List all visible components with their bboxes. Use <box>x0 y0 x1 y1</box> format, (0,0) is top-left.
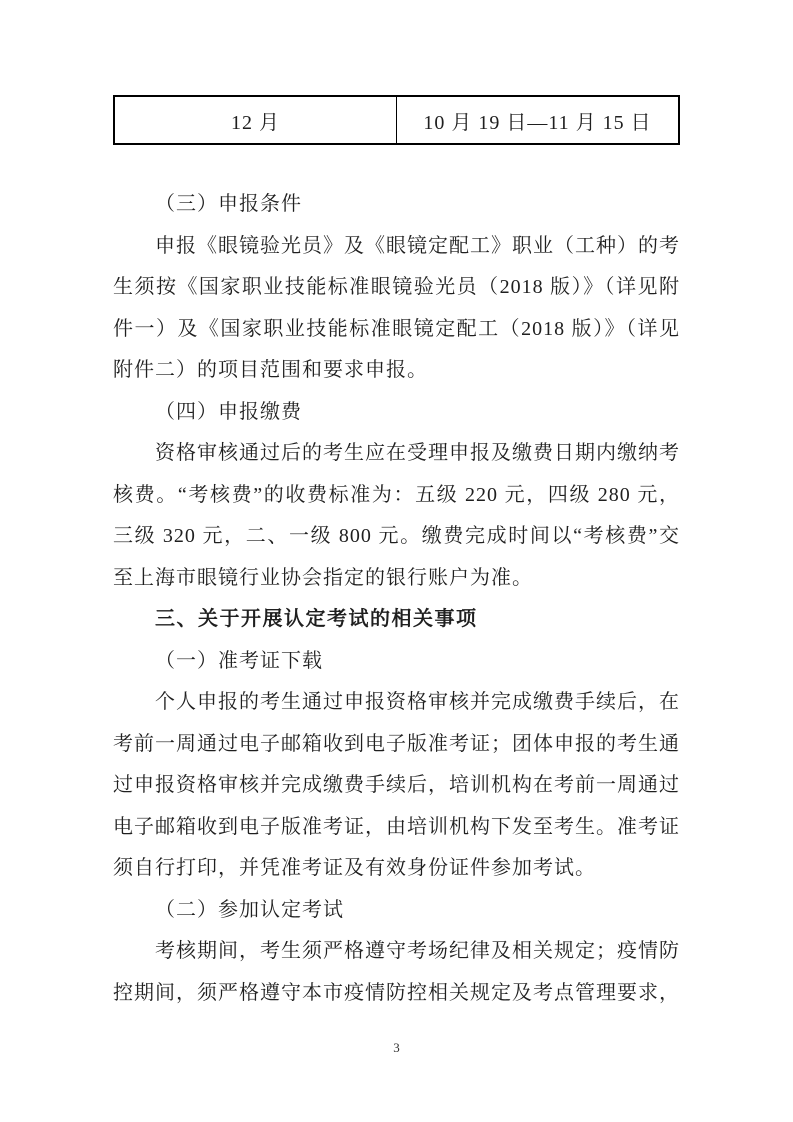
sub-heading: （四）申报缴费 <box>113 392 680 434</box>
paragraph: 考核期间，考生须严格遵守考场纪律及相关规定；疫情防控期间，须严格遵守本市疫情防控… <box>113 931 680 1014</box>
sub-heading: （一）准考证下载 <box>113 641 680 683</box>
text-line: 件一）及《国家职业技能标准眼镜定配工（2018 版）》（详见 <box>113 309 680 351</box>
table-row: 12 月 10 月 19 日—11 月 15 日 <box>114 96 679 144</box>
text-line: 电子邮箱收到电子版准考证，由培训机构下发至考生。准考证 <box>113 807 680 849</box>
paragraph: 申报《眼镜验光员》及《眼镜定配工》职业（工种）的考生须按《国家职业技能标准眼镜验… <box>113 226 680 392</box>
paragraph: 个人申报的考生通过申报资格审核并完成缴费手续后，在考前一周通过电子邮箱收到电子版… <box>113 682 680 890</box>
text-line: 过申报资格审核并完成缴费手续后，培训机构在考前一周通过 <box>113 765 680 807</box>
text-line: 资格审核通过后的考生应在受理申报及缴费日期内缴纳考 <box>113 433 680 475</box>
text-line: 附件二）的项目范围和要求申报。 <box>113 350 680 392</box>
document-body: （三）申报条件申报《眼镜验光员》及《眼镜定配工》职业（工种）的考生须按《国家职业… <box>113 184 680 1014</box>
sub-heading: （二）参加认定考试 <box>113 890 680 932</box>
document-page: 12 月 10 月 19 日—11 月 15 日 （三）申报条件申报《眼镜验光员… <box>0 0 793 1122</box>
table-cell-date-range: 10 月 19 日—11 月 15 日 <box>397 96 680 144</box>
text-line: 考前一周通过电子邮箱收到电子版准考证；团体申报的考生通 <box>113 724 680 766</box>
text-line: 个人申报的考生通过申报资格审核并完成缴费手续后，在 <box>113 682 680 724</box>
paragraph: 资格审核通过后的考生应在受理申报及缴费日期内缴纳考核费。“考核费”的收费标准为：… <box>113 433 680 599</box>
text-line: 至上海市眼镜行业协会指定的银行账户为准。 <box>113 558 680 600</box>
text-line: 申报《眼镜验光员》及《眼镜定配工》职业（工种）的考 <box>113 226 680 268</box>
sub-heading: （三）申报条件 <box>113 184 680 226</box>
text-line: 生须按《国家职业技能标准眼镜验光员（2018 版）》（详见附 <box>113 267 680 309</box>
page-number: 3 <box>0 1040 793 1056</box>
schedule-table: 12 月 10 月 19 日—11 月 15 日 <box>113 95 680 145</box>
text-line: 核费。“考核费”的收费标准为：五级 220 元，四级 280 元， <box>113 475 680 517</box>
section-heading: 三、关于开展认定考试的相关事项 <box>113 599 680 641</box>
text-line: 考核期间，考生须严格遵守考场纪律及相关规定；疫情防 <box>113 931 680 973</box>
text-line: 三级 320 元，二、一级 800 元。缴费完成时间以“考核费”交 <box>113 516 680 558</box>
text-line: 须自行打印，并凭准考证及有效身份证件参加考试。 <box>113 848 680 890</box>
text-line: 控期间，须严格遵守本市疫情防控相关规定及考点管理要求， <box>113 973 680 1015</box>
table-cell-month: 12 月 <box>114 96 397 144</box>
